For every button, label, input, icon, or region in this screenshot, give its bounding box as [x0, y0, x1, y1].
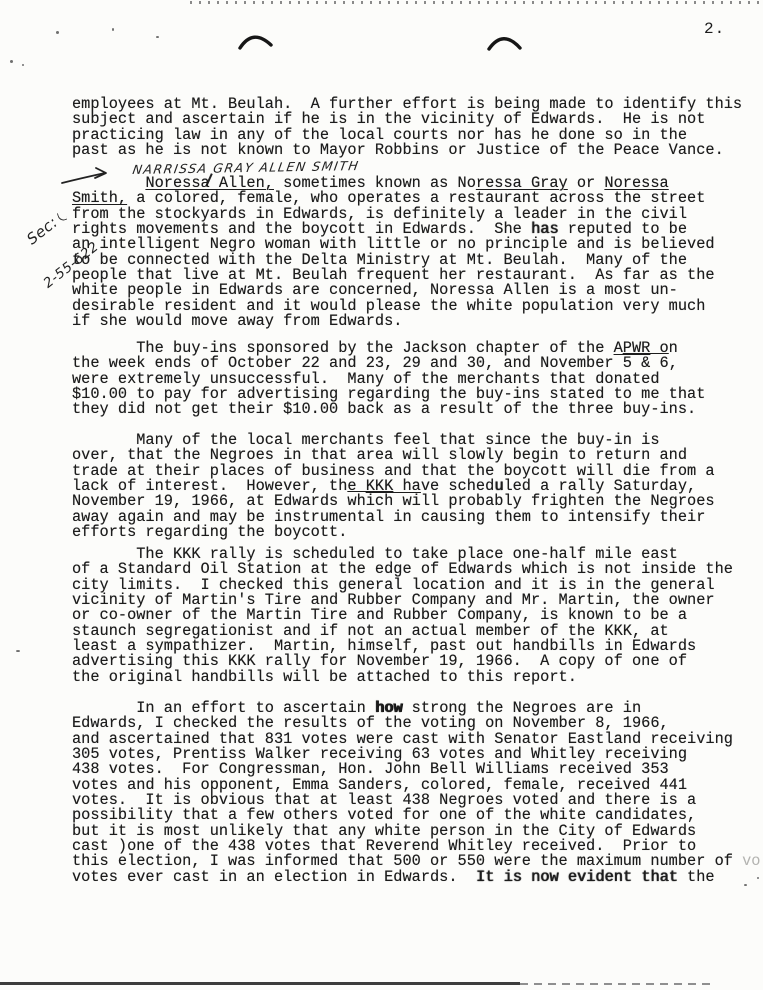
paper-speck [112, 28, 114, 31]
typed-text-block: employees at Mt. Beulah. A further effor… [0, 0, 763, 990]
text-line: past as he is not known to Mayor Robbins… [72, 143, 763, 158]
paper-speck [22, 64, 24, 66]
text-line: efforts regarding the boycott. [72, 525, 763, 540]
text-line: if she would move away from Edwards. [72, 314, 763, 329]
paragraph-4: Many of the local merchants feel that si… [72, 433, 763, 540]
page-bottom-edge-dashes [520, 983, 715, 985]
paragraph-3: The buy-ins sponsored by the Jackson cha… [72, 341, 763, 418]
paragraph-1: employees at Mt. Beulah. A further effor… [72, 97, 763, 158]
text-line: they did not get their $10.00 back as a … [72, 402, 763, 417]
page-bottom-edge-line [0, 982, 520, 985]
paragraph-2: Noressa Allen, sometimes known as Noress… [72, 176, 763, 329]
paper-speck [156, 36, 159, 38]
paper-speck [757, 877, 759, 879]
paper-speck [56, 31, 59, 34]
document-page: 2. NARRISSA GRAY ALLEN SMITH Sec: 2-55-6… [0, 0, 763, 990]
text-line: votes ever cast in an election in Edward… [72, 870, 763, 885]
text-line: the original handbills will be attached … [72, 670, 763, 685]
paper-speck [10, 60, 13, 63]
paragraph-5: The KKK rally is scheduled to take place… [72, 547, 763, 685]
paragraph-6: In an effort to ascertain how strong the… [72, 701, 763, 885]
paper-speck [744, 884, 747, 886]
paper-speck [16, 650, 20, 652]
